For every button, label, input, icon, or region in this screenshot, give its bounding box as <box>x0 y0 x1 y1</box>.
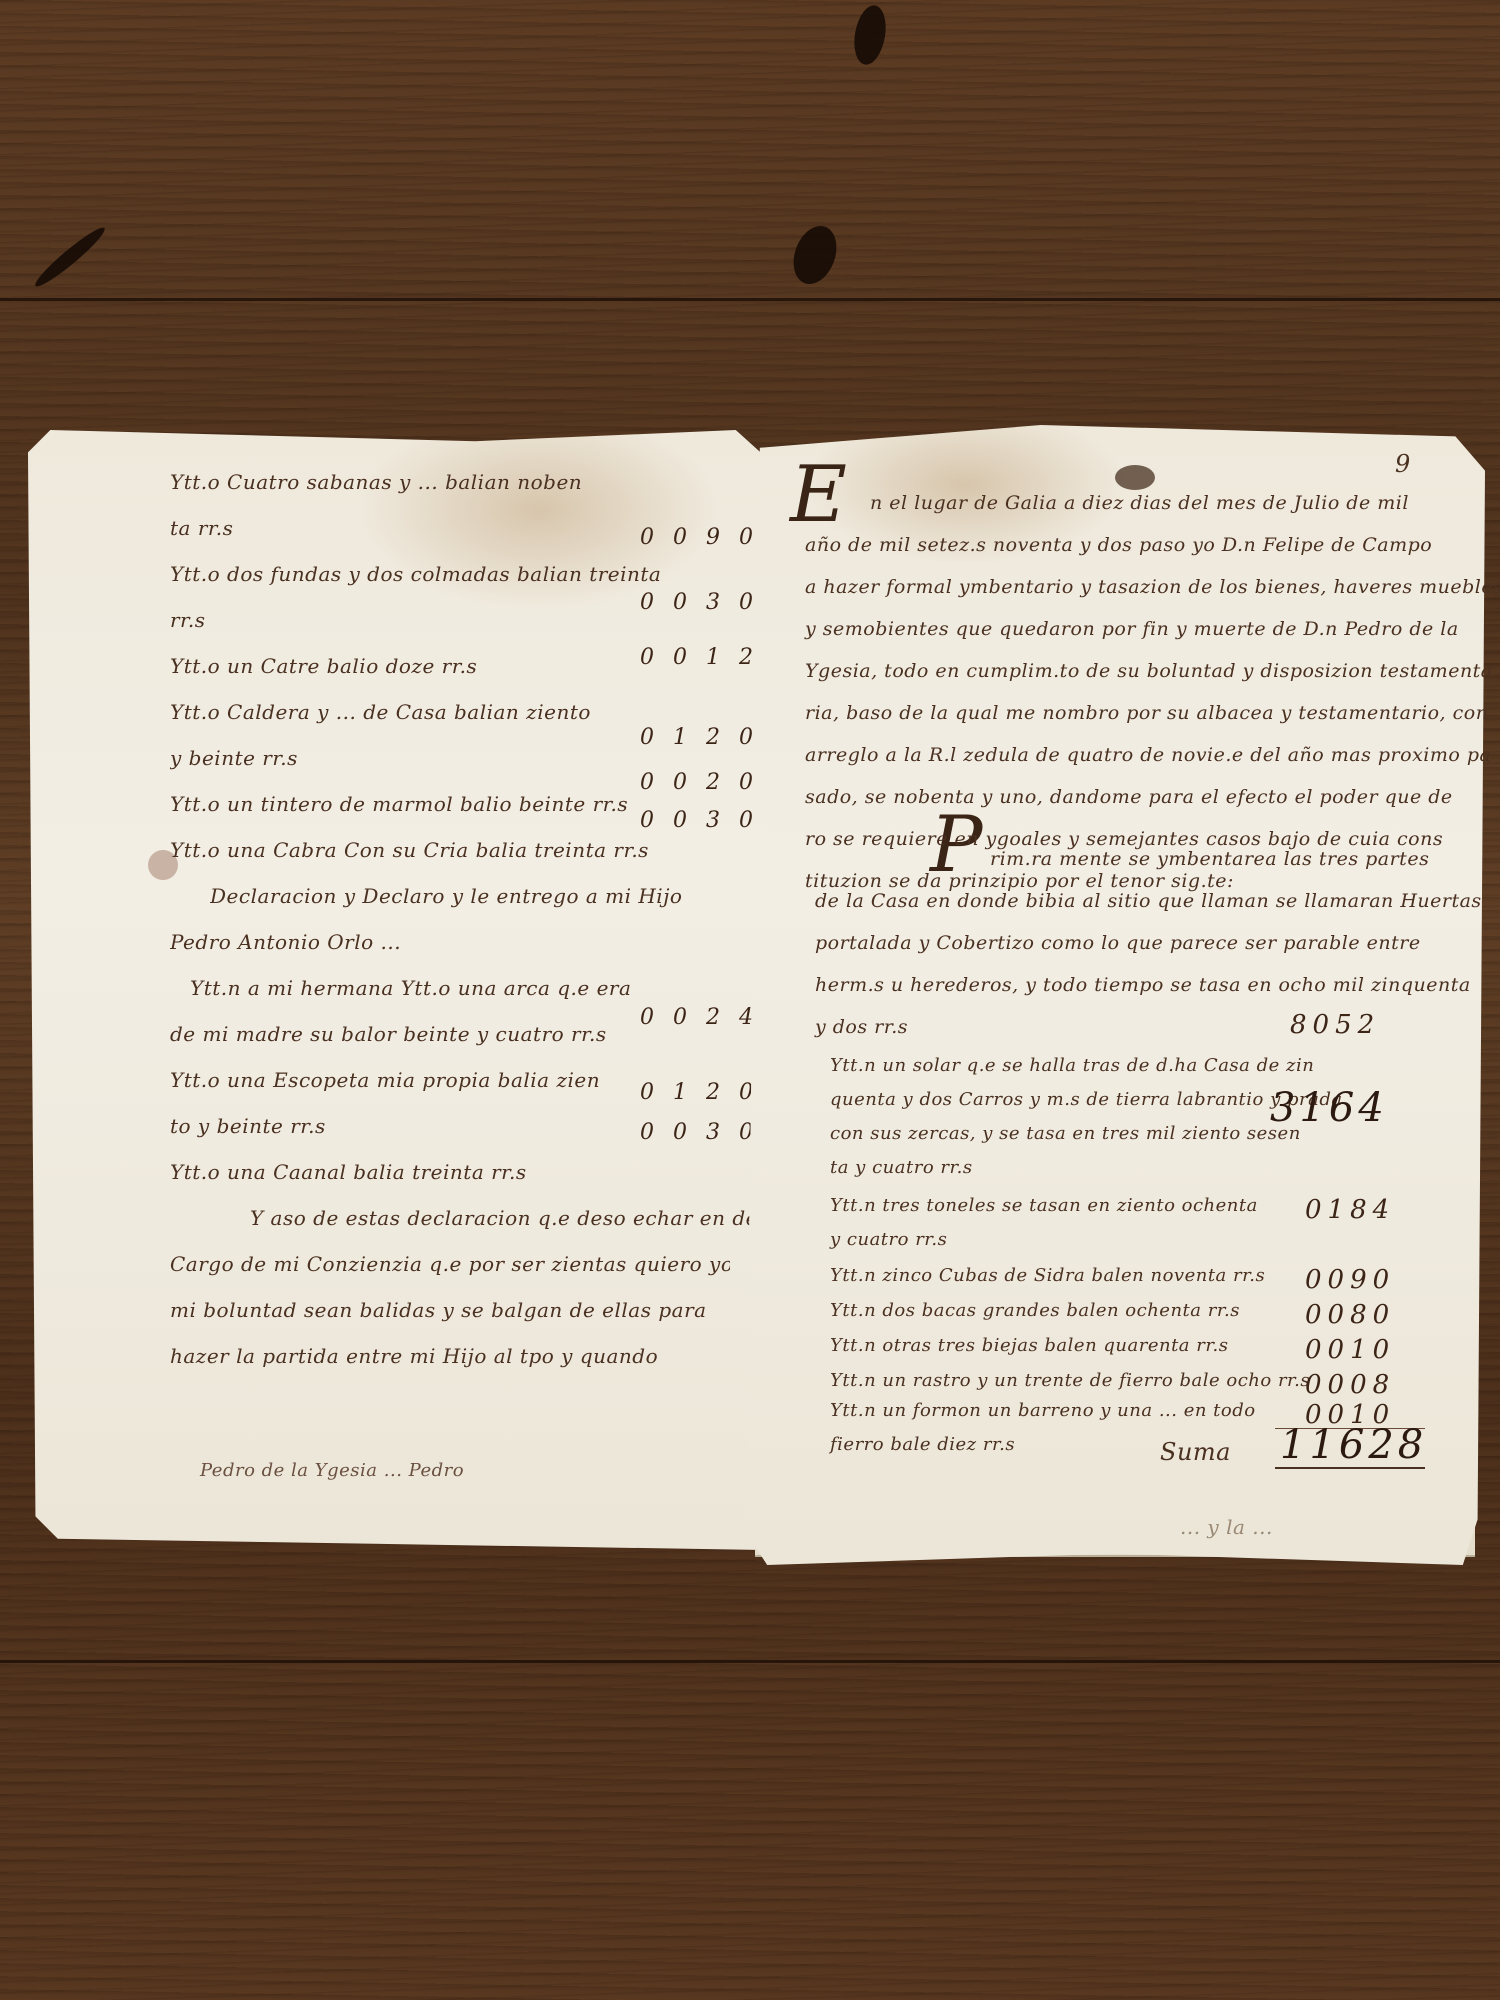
manuscript-line: tituzion se da prinzipio por el tenor si… <box>805 870 1234 892</box>
amount: 0 0 3 0 <box>640 1120 759 1145</box>
wood-knot <box>786 220 844 290</box>
manuscript-line: sado, se nobenta y uno, dandome para el … <box>805 786 1453 808</box>
manuscript-line: ta rr.s <box>170 516 233 540</box>
manuscript-line: Cargo de mi Conzienzia q.e por ser zient… <box>170 1252 730 1276</box>
manuscript-line: y semobientes que quedaron por fin y mue… <box>805 618 1459 640</box>
manuscript-line: Y aso de estas declaracion q.e deso echa… <box>250 1206 758 1230</box>
manuscript-line: arreglo a la R.l zedula de quatro de nov… <box>805 744 1491 766</box>
manuscript-line: Ytt.o una Escopeta mia propia balia zien <box>170 1068 600 1092</box>
faded-text: ... y la ... <box>1180 1515 1273 1539</box>
amount: 0 0 3 0 <box>640 590 759 615</box>
manuscript-line: Ytt.o dos fundas y dos colmadas balian t… <box>170 562 661 586</box>
inventory-item-line: Ytt.n otras tres biejas balen quarenta r… <box>830 1335 1228 1356</box>
inventory-item-line: Ytt.n zinco Cubas de Sidra balen noventa… <box>830 1265 1265 1286</box>
inventory-amount: 0008 <box>1305 1370 1395 1400</box>
amount: 0 0 3 0 <box>640 808 759 833</box>
table-plank-seam <box>0 1660 1500 1663</box>
manuscript-line: Ytt.o Cuatro sabanas y ... balian noben <box>170 470 582 494</box>
inventory-amount: 0010 <box>1305 1400 1395 1430</box>
suma-label: Suma <box>1160 1438 1231 1466</box>
manuscript-line: n el lugar de Galia a diez dias del mes … <box>870 492 1409 514</box>
amount: 0 0 1 2 <box>640 645 759 670</box>
ink-blot <box>1115 465 1155 490</box>
inventory-item-line: con sus zercas, y se tasa en tres mil zi… <box>830 1123 1301 1144</box>
folio-number: 9 <box>1395 450 1411 478</box>
inventory-amount: 0010 <box>1305 1335 1395 1365</box>
amount: 0 1 2 0 <box>640 1080 759 1105</box>
manuscript-line: año de mil setez.s noventa y dos paso yo… <box>805 534 1432 556</box>
manuscript-line: de la Casa en donde bibia al sitio que l… <box>815 890 1482 912</box>
amount: 0 0 9 0 <box>640 525 759 550</box>
amount: 0 0 2 4 <box>640 1005 759 1030</box>
amount: 0 0 2 0 <box>640 770 759 795</box>
inventory-item-line: fierro bale diez rr.s <box>830 1434 1015 1455</box>
inventory-item-line: Ytt.n un solar q.e se halla tras de d.ha… <box>830 1055 1314 1076</box>
manuscript-line: Ytt.o un tintero de marmol balio beinte … <box>170 792 628 816</box>
inventory-amount: 0090 <box>1305 1265 1395 1295</box>
signature: Pedro de la Ygesia ... Pedro <box>200 1460 464 1481</box>
inventory-item-line: quenta y dos Carros y m.s de tierra labr… <box>830 1089 1343 1110</box>
decorated-initial: E <box>790 450 847 540</box>
amount: 0 1 2 0 <box>640 725 759 750</box>
manuscript-line: Pedro Antonio Orlo ... <box>170 930 401 954</box>
manuscript-line: ro se requiere en ygoales y semejantes c… <box>805 828 1443 850</box>
inventory-item-line: Ytt.n dos bacas grandes balen ochenta rr… <box>830 1300 1240 1321</box>
manuscript-line: a hazer formal ymbentario y tasazion de … <box>805 576 1500 598</box>
table-plank-seam <box>0 298 1500 301</box>
manuscript-line: y dos rr.s <box>815 1016 908 1038</box>
manuscript-line: y beinte rr.s <box>170 746 298 770</box>
manuscript-line: ria, baso de la qual me nombro por su al… <box>805 702 1488 724</box>
manuscript-line: de mi madre su balor beinte y cuatro rr.… <box>170 1022 607 1046</box>
manuscript-line: Declaracion y Declaro y le entrego a mi … <box>210 884 682 908</box>
inventory-amount: 0184 <box>1305 1195 1395 1225</box>
inventory-item-line: Ytt.n un rastro y un trente de fierro ba… <box>830 1370 1310 1391</box>
manuscript-line: mi boluntad sean balidas y se balgan de … <box>170 1298 707 1322</box>
inventory-item-line: Ytt.n un formon un barreno y una ... en … <box>830 1400 1256 1421</box>
inventory-item-line: y cuatro rr.s <box>830 1229 947 1250</box>
wood-knot <box>31 223 109 292</box>
manuscript-line: hazer la partida entre mi Hijo al tpo y … <box>170 1344 658 1368</box>
manuscript-line: Ytt.o un Catre balio doze rr.s <box>170 654 477 678</box>
inventory-amount: 3164 <box>1270 1085 1388 1131</box>
manuscript-line: Ytt.o una Caanal balia treinta rr.s <box>170 1160 527 1184</box>
manuscript-line: Ytt.o una Cabra Con su Cria balia treint… <box>170 838 649 862</box>
manuscript-line: Ytt.o Caldera y ... de Casa balian zient… <box>170 700 591 724</box>
manuscript-line: rr.s <box>170 608 206 632</box>
manuscript-line: rim.ra mente se ymbentarea las tres part… <box>990 848 1429 870</box>
inventory-item-line: Ytt.n tres toneles se tasan en ziento oc… <box>830 1195 1258 1216</box>
manuscript-line: Ytt.n a mi hermana Ytt.o una arca q.e er… <box>190 976 631 1000</box>
wood-knot <box>850 3 890 67</box>
inventory-amount: 0080 <box>1305 1300 1395 1330</box>
manuscript-line: to y beinte rr.s <box>170 1114 326 1138</box>
amount: 8052 <box>1290 1010 1380 1040</box>
inventory-item-line: ta y cuatro rr.s <box>830 1157 973 1178</box>
manuscript-line: herm.s u herederos, y todo tiempo se tas… <box>815 974 1471 996</box>
manuscript-line: Ygesia, todo en cumplim.to de su bolunta… <box>805 660 1493 682</box>
manuscript-line: portalada y Cobertizo como lo que parece… <box>815 932 1421 954</box>
